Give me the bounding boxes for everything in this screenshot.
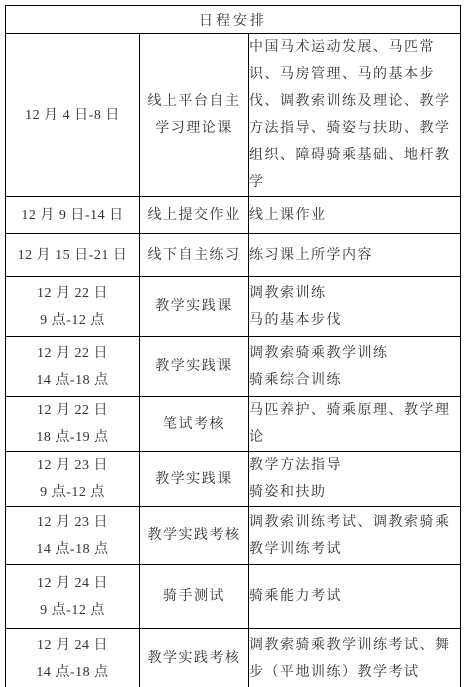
content-line: 调教索训练 (249, 280, 460, 307)
date-cell: 12 月 9 日-14 日 (6, 197, 140, 234)
content-line: 线上课作业 (249, 202, 460, 229)
content-line: 中国马术运动发展、马匹常识、马房管理、马的基本步伐、调教索训练及理论、教学方法指… (249, 34, 460, 196)
date-text: 12 月 22 日 (6, 280, 139, 307)
content-line: 骑乘综合训练 (249, 367, 460, 394)
date-text: 12 月 22 日 (6, 340, 139, 367)
date-cell: 12 月 15 日-21 日 (6, 234, 140, 277)
date-cell: 12 月 23 日14 点-18 点 (6, 507, 140, 565)
content-cell: 骑乘能力考试 (249, 565, 461, 629)
time-text: 18 点-19 点 (6, 424, 139, 451)
table-row: 12 月 23 日14 点-18 点教学实践考核调教索训练考试、调教索骑乘教学训… (6, 507, 461, 565)
date-cell: 12 月 24 日9 点-12 点 (6, 565, 140, 629)
type-cell: 教学实践考核 (140, 629, 249, 687)
content-line: 练习课上所学内容 (249, 242, 460, 269)
type-cell: 教学实践课 (140, 337, 249, 397)
date-text: 12 月 22 日 (6, 397, 139, 424)
content-cell: 中国马术运动发展、马匹常识、马房管理、马的基本步伐、调教索训练及理论、教学方法指… (249, 34, 461, 197)
date-text: 12 月 23 日 (6, 509, 139, 536)
time-text: 9 点-12 点 (6, 307, 139, 334)
type-cell: 教学实践课 (140, 277, 249, 337)
time-text: 14 点-18 点 (6, 659, 139, 686)
date-cell: 12 月 22 日18 点-19 点 (6, 397, 140, 452)
date-text: 12 月 15 日-21 日 (6, 242, 139, 269)
date-text: 12 月 4 日-8 日 (6, 102, 139, 129)
date-cell: 12 月 23 日9 点-12 点 (6, 452, 140, 507)
table-title-row: 日程安排 (6, 6, 461, 34)
date-text: 12 月 24 日 (6, 632, 139, 659)
table-row: 12 月 22 日14 点-18 点教学实践课调教索骑乘教学训练骑乘综合训练 (6, 337, 461, 397)
type-cell: 笔试考核 (140, 397, 249, 452)
content-line: 马的基本步伐 (249, 307, 460, 334)
type-cell: 线上平台自主学习理论课 (140, 34, 249, 197)
content-cell: 调教索训练马的基本步伐 (249, 277, 461, 337)
type-cell: 教学实践考核 (140, 507, 249, 565)
time-text: 9 点-12 点 (6, 479, 139, 506)
content-line: 马匹养护、骑乘原理、教学理论 (249, 397, 460, 451)
date-cell: 12 月 22 日9 点-12 点 (6, 277, 140, 337)
table-row: 12 月 15 日-21 日线下自主练习练习课上所学内容 (6, 234, 461, 277)
type-cell: 教学实践课 (140, 452, 249, 507)
content-cell: 调教索训练考试、调教索骑乘教学训练考试 (249, 507, 461, 565)
content-line: 骑姿和扶助 (249, 479, 460, 506)
table-row: 12 月 24 日9 点-12 点骑手测试骑乘能力考试 (6, 565, 461, 629)
time-text: 14 点-18 点 (6, 367, 139, 394)
table-row: 12 月 22 日18 点-19 点笔试考核马匹养护、骑乘原理、教学理论 (6, 397, 461, 452)
table-title: 日程安排 (6, 6, 461, 34)
content-cell: 调教索骑乘教学训练考试、舞步（平地训练）教学考试 (249, 629, 461, 687)
table-row: 12 月 24 日14 点-18 点教学实践考核调教索骑乘教学训练考试、舞步（平… (6, 629, 461, 687)
content-line: 教学方法指导 (249, 452, 460, 479)
table-row: 12 月 22 日9 点-12 点教学实践课调教索训练马的基本步伐 (6, 277, 461, 337)
content-cell: 教学方法指导骑姿和扶助 (249, 452, 461, 507)
content-cell: 线上课作业 (249, 197, 461, 234)
schedule-page: 日程安排 12 月 4 日-8 日线上平台自主学习理论课中国马术运动发展、马匹常… (0, 0, 465, 687)
content-line: 骑乘能力考试 (249, 583, 460, 610)
content-cell: 调教索骑乘教学训练骑乘综合训练 (249, 337, 461, 397)
table-row: 12 月 4 日-8 日线上平台自主学习理论课中国马术运动发展、马匹常识、马房管… (6, 34, 461, 197)
date-cell: 12 月 22 日14 点-18 点 (6, 337, 140, 397)
schedule-table: 日程安排 12 月 4 日-8 日线上平台自主学习理论课中国马术运动发展、马匹常… (5, 5, 461, 687)
content-cell: 练习课上所学内容 (249, 234, 461, 277)
date-text: 12 月 9 日-14 日 (6, 202, 139, 229)
type-cell: 线上提交作业 (140, 197, 249, 234)
type-cell: 骑手测试 (140, 565, 249, 629)
content-line: 调教索骑乘教学训练考试、舞步（平地训练）教学考试 (249, 632, 460, 686)
content-cell: 马匹养护、骑乘原理、教学理论 (249, 397, 461, 452)
date-cell: 12 月 4 日-8 日 (6, 34, 140, 197)
content-line: 调教索骑乘教学训练 (249, 340, 460, 367)
date-text: 12 月 23 日 (6, 452, 139, 479)
table-row: 12 月 9 日-14 日线上提交作业线上课作业 (6, 197, 461, 234)
time-text: 14 点-18 点 (6, 536, 139, 563)
table-row: 12 月 23 日9 点-12 点教学实践课教学方法指导骑姿和扶助 (6, 452, 461, 507)
time-text: 9 点-12 点 (6, 597, 139, 624)
date-text: 12 月 24 日 (6, 570, 139, 597)
type-cell: 线下自主练习 (140, 234, 249, 277)
date-cell: 12 月 24 日14 点-18 点 (6, 629, 140, 687)
content-line: 调教索训练考试、调教索骑乘教学训练考试 (249, 509, 460, 563)
